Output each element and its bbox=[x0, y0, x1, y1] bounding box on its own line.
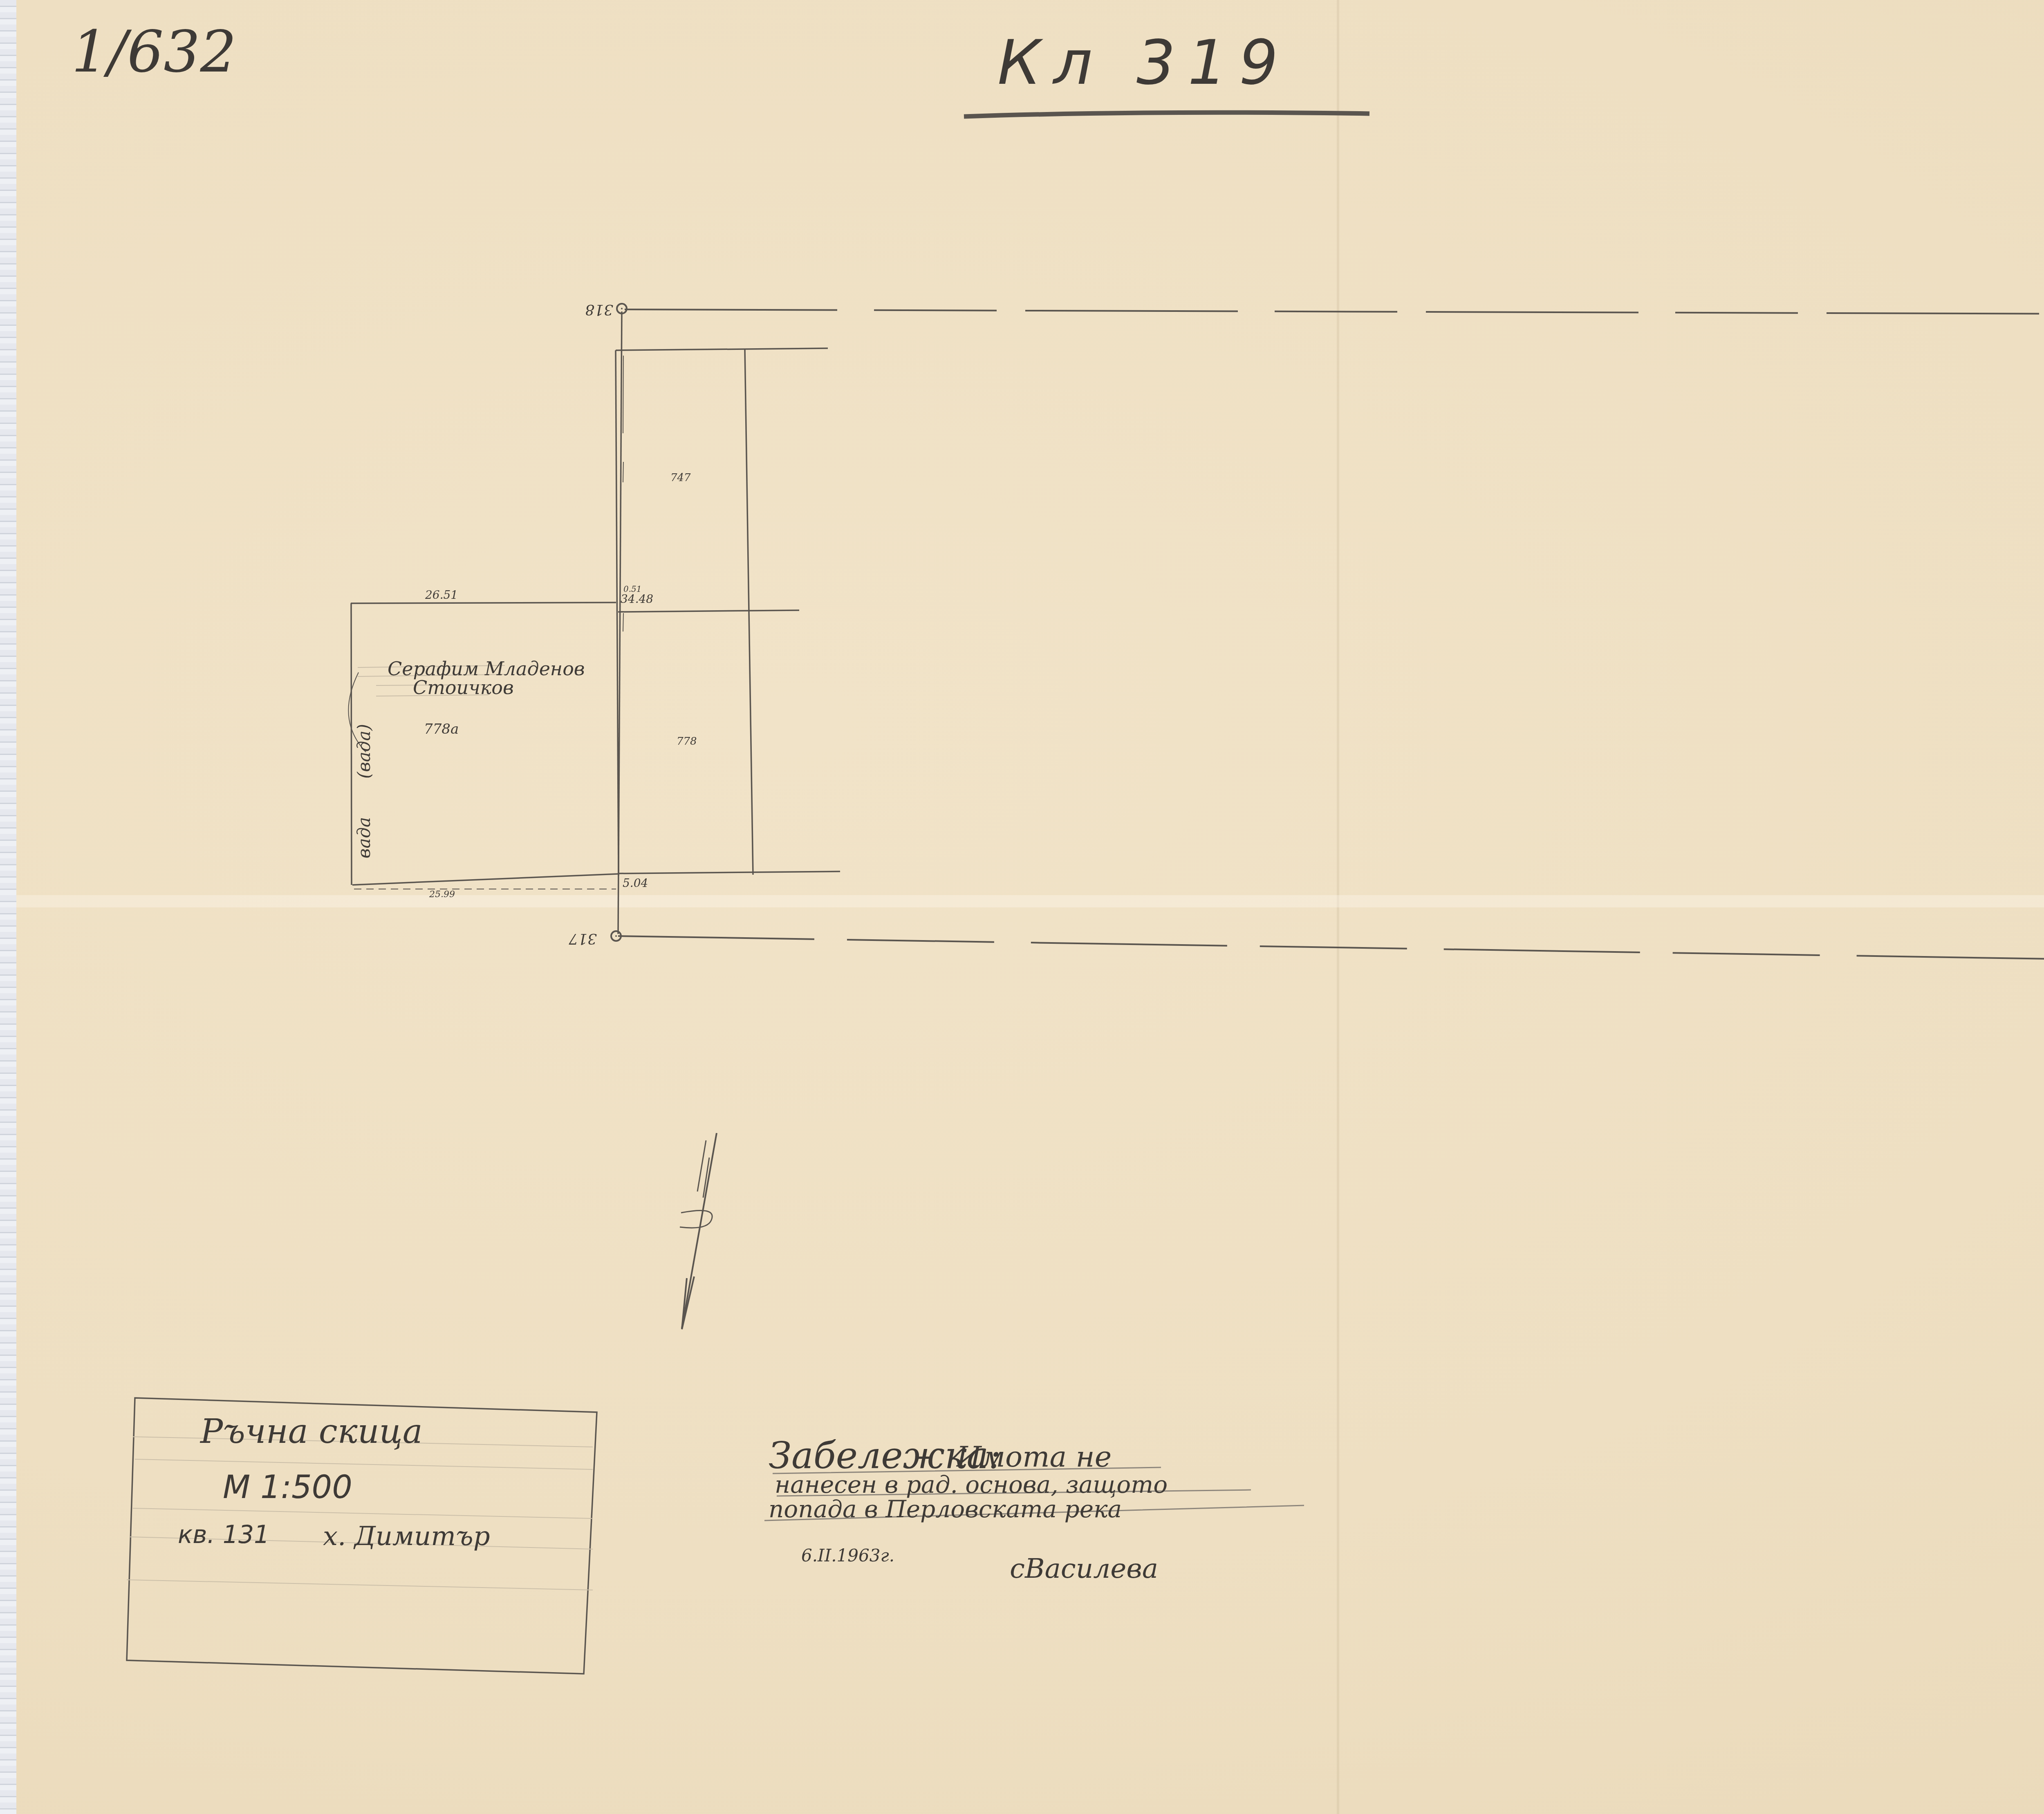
surveyor-signature: сВасилева bbox=[1010, 1553, 1158, 1584]
survey-point-318: 318 bbox=[585, 301, 627, 318]
title-underline bbox=[964, 112, 1369, 116]
parcel-strip bbox=[616, 348, 840, 876]
block-boundary bbox=[618, 309, 2044, 965]
title-block-locality: х. Димитър bbox=[323, 1521, 490, 1552]
archive-number: 1/632 bbox=[72, 19, 236, 85]
sheet-title: Кл 319 bbox=[997, 27, 1290, 99]
note-line1: Имота не bbox=[956, 1440, 1112, 1474]
measurement-bottom-offset: 5.04 bbox=[623, 876, 648, 890]
cadastral-sketch: 1/632 Кл 319 318 320 317 bbox=[16, 0, 2044, 1814]
parcel-778a bbox=[348, 602, 618, 889]
measurement-bottom-edge: 25.99 bbox=[429, 889, 455, 900]
survey-point-label: 317 bbox=[569, 930, 597, 947]
survey-point-label: 318 bbox=[585, 301, 613, 318]
parcel-number-778a: 778а bbox=[424, 721, 459, 737]
parcel-number-747: 747 bbox=[670, 472, 691, 484]
sketch-date: 6.II.1963г. bbox=[801, 1545, 894, 1565]
title-block-sketch-label: Ръчна скица bbox=[199, 1412, 423, 1451]
side-label-vada-parenthetical: (вада) bbox=[354, 724, 374, 779]
title-block-scale: М 1:500 bbox=[223, 1469, 352, 1506]
owner-name-line2: Стоичков bbox=[413, 676, 514, 699]
paper-sheet: 1/632 Кл 319 318 320 317 bbox=[16, 0, 2044, 1814]
measurement-top-edge: 26.51 bbox=[425, 588, 458, 602]
side-label-vada: вада bbox=[354, 817, 374, 858]
parcel-number-778: 778 bbox=[677, 735, 697, 748]
note-line3: попада в Перловската река bbox=[769, 1495, 1122, 1523]
north-arrow-icon bbox=[680, 1133, 717, 1329]
note-line2: нанесен в рад. основа, защото bbox=[775, 1471, 1168, 1498]
survey-point-317: 317 bbox=[569, 930, 621, 947]
measurement-chainage: 34.48 bbox=[621, 592, 653, 606]
scanner-edge-left bbox=[0, 0, 16, 1814]
title-block-quarter: кв. 131 bbox=[178, 1521, 269, 1549]
